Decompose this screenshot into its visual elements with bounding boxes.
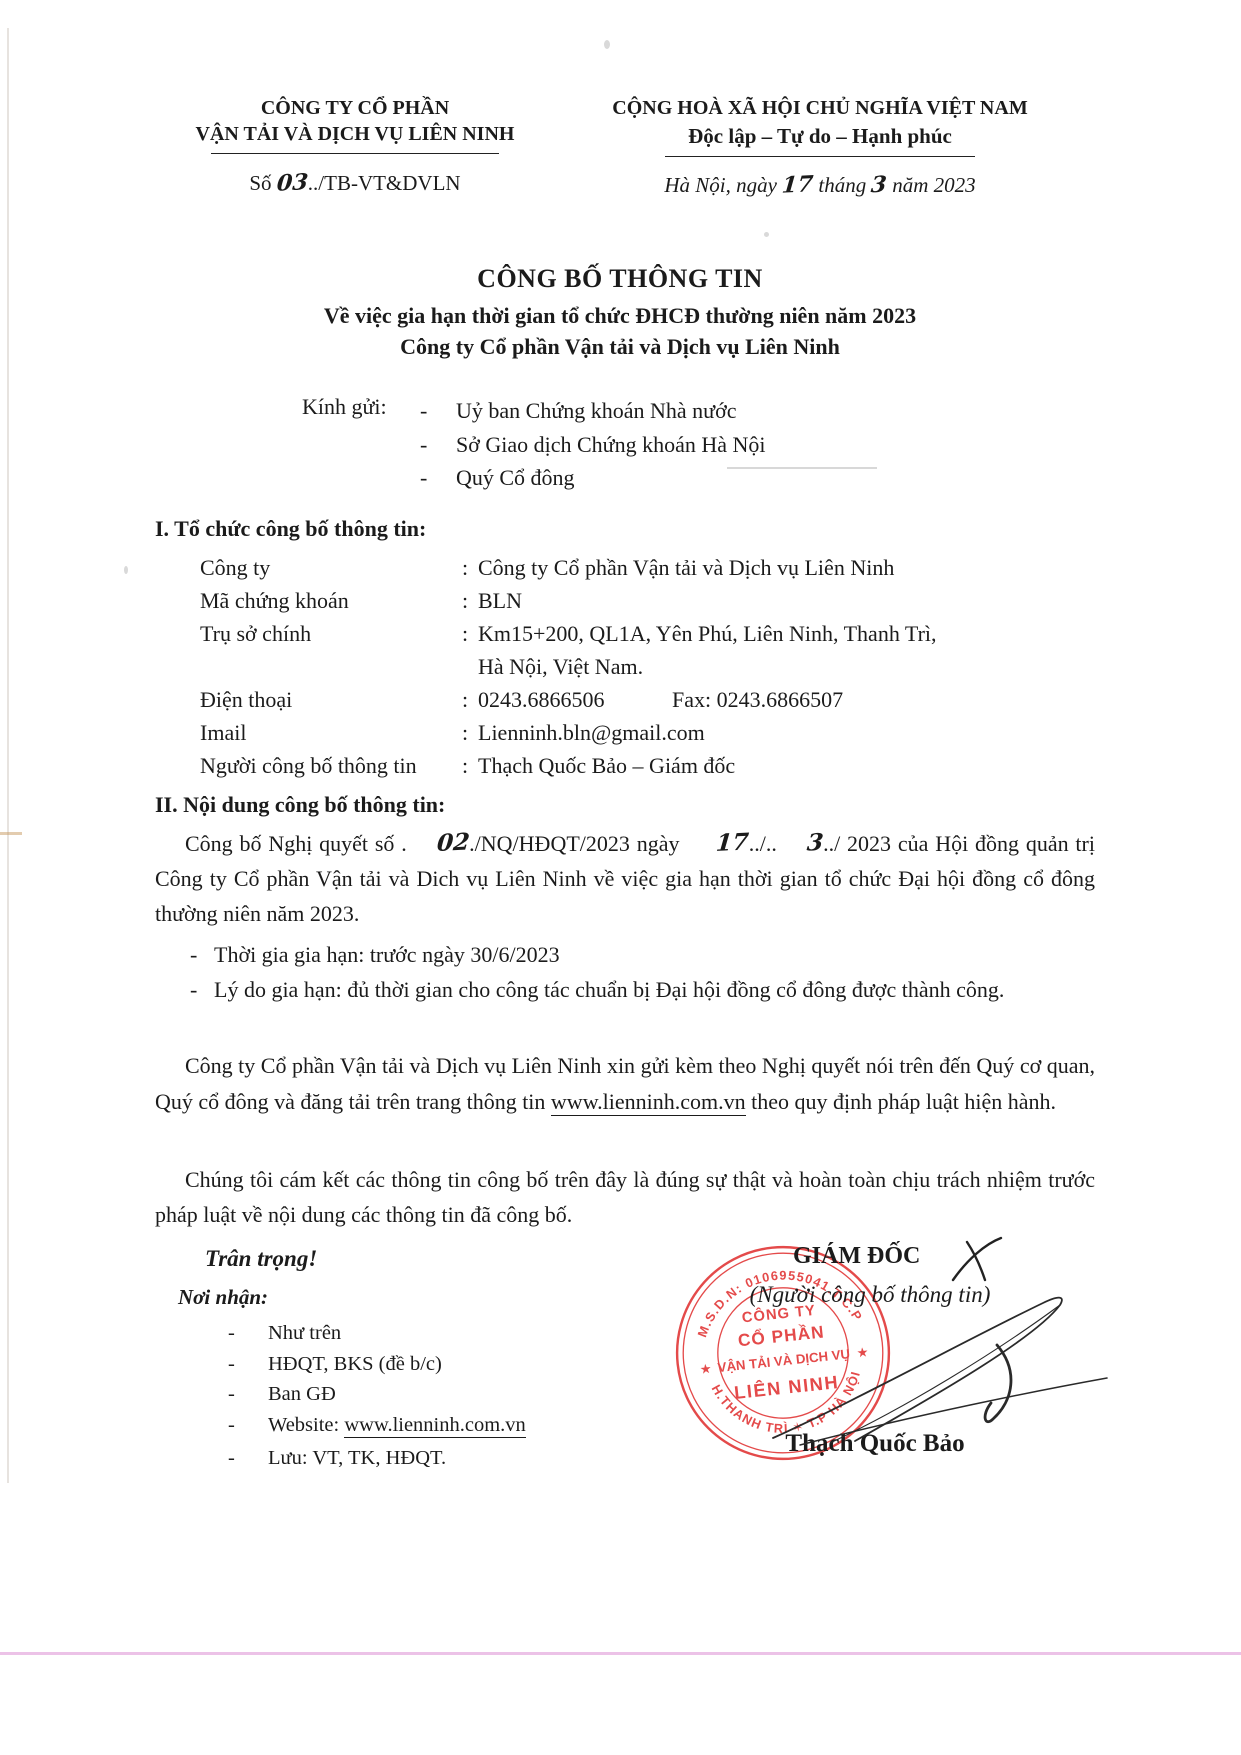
document-subtitle-1: Về việc gia hạn thời gian tổ chức ĐHCĐ t… xyxy=(100,299,1140,332)
website-label: Website: xyxy=(268,1414,344,1436)
info-value: 0243.6866506 Fax: 0243.6866507 xyxy=(478,683,1100,716)
info-row: Điện thoại : 0243.6866506 Fax: 0243.6866… xyxy=(200,683,1100,716)
date-prefix: Hà Nội, ngày xyxy=(664,173,782,197)
section1-heading: I. Tổ chức công bố thông tin: xyxy=(155,516,426,542)
recipient-text: Quý Cổ đông xyxy=(456,461,575,495)
phone-number: 0243.6866506 xyxy=(478,687,605,712)
date-month-handwritten: 3 xyxy=(870,172,888,199)
info-value: Công ty Cổ phần Vận tải và Dịch vụ Liên … xyxy=(478,551,1100,584)
dash-bullet: - xyxy=(190,972,214,1007)
info-row: Công ty : Công ty Cổ phần Vận tải và Dịc… xyxy=(200,551,1100,584)
pen-mark xyxy=(945,1236,1009,1284)
distribution-heading: Nơi nhận: xyxy=(178,1285,268,1310)
distribution-item: - HĐQT, BKS (đề b/c) xyxy=(228,1349,648,1380)
distribution-item: - Lưu: VT, TK, HĐQT. xyxy=(228,1443,648,1474)
recipient-item: - Uỷ ban Chứng khoán Nhà nước xyxy=(420,394,940,428)
dash-bullet: - xyxy=(228,1410,268,1441)
info-colon: : xyxy=(462,617,478,683)
handwritten-signature xyxy=(745,1283,1115,1453)
info-row: Người công bố thông tin : Thạch Quốc Bảo… xyxy=(200,749,1100,782)
distribution-text: HĐQT, BKS (đề b/c) xyxy=(268,1349,442,1380)
dash-bullet: - xyxy=(228,1318,268,1349)
date-mid: tháng xyxy=(813,173,871,197)
resolution-number-handwritten: 02 xyxy=(405,824,471,862)
scan-speck xyxy=(124,566,128,574)
distribution-list: - Như trên - HĐQT, BKS (đề b/c) - Ban GĐ… xyxy=(228,1318,648,1474)
dash-bullet: - xyxy=(420,461,456,495)
distribution-item: - Website: www.lienninh.com.vn xyxy=(228,1410,648,1441)
header-national-block: CỘNG HOÀ XÃ HỘI CHỦ NGHĨA VIỆT NAM Độc l… xyxy=(595,95,1045,198)
signer-role: GIÁM ĐỐC xyxy=(793,1243,920,1270)
info-colon: : xyxy=(462,749,478,782)
dash-bullet: - xyxy=(228,1379,268,1410)
info-label: Mã chứng khoán xyxy=(200,584,462,617)
info-colon: : xyxy=(462,551,478,584)
info-value: Lienninh.bln@gmail.com xyxy=(478,716,1100,749)
date-line: Hà Nội, ngày 17 tháng 3 năm 2023 xyxy=(595,172,1045,198)
distribution-text: Ban GĐ xyxy=(268,1379,336,1410)
scan-speck xyxy=(764,232,769,237)
date-suffix: năm 2023 xyxy=(887,173,976,197)
info-label: Điện thoại xyxy=(200,683,462,716)
address-line2: Hà Nội, Việt Nam. xyxy=(478,654,643,679)
section1-info-table: Công ty : Công ty Cổ phần Vận tải và Dịc… xyxy=(200,551,1100,782)
org-name-line2: VẬN TẢI VÀ DỊCH VỤ LIÊN NINH xyxy=(190,121,520,147)
distribution-item: - Ban GĐ xyxy=(228,1379,648,1410)
p2-text: theo quy định pháp luật hiện hành. xyxy=(746,1089,1056,1114)
scan-speck xyxy=(604,40,610,49)
info-label: Trụ sở chính xyxy=(200,617,462,683)
motto-underline xyxy=(665,156,975,157)
section2-paragraph-2: Công ty Cổ phần Vận tải và Dịch vụ Liên … xyxy=(155,1048,1095,1120)
recipients-label: Kính gửi: xyxy=(302,394,387,420)
section2-paragraph-1: Công bố Nghị quyết số .02./NQ/HĐQT/2023 … xyxy=(155,826,1095,931)
info-label: Người công bố thông tin xyxy=(200,749,462,782)
header-org-block: CÔNG TY CỔ PHẦN VẬN TẢI VÀ DỊCH VỤ LIÊN … xyxy=(190,95,520,196)
info-label: Công ty xyxy=(200,551,462,584)
distribution-text: Như trên xyxy=(268,1318,341,1349)
info-colon: : xyxy=(462,683,478,716)
info-colon: : xyxy=(462,584,478,617)
national-motto-line2: Độc lập – Tự do – Hạnh phúc xyxy=(595,123,1045,150)
info-value: Km15+200, QL1A, Yên Phú, Liên Ninh, Than… xyxy=(478,617,1100,683)
dash-bullet: - xyxy=(420,428,456,462)
bullet-text: Thời gia gia hạn: trước ngày 30/6/2023 xyxy=(214,937,560,972)
dash-bullet: - xyxy=(420,394,456,428)
section2-heading: II. Nội dung công bố thông tin: xyxy=(155,792,445,818)
recipient-item: - Sở Giao dịch Chứng khoán Hà Nội xyxy=(420,428,940,462)
distribution-item: - Như trên xyxy=(228,1318,648,1349)
document-subtitle-2: Công ty Cổ phần Vận tải và Dịch vụ Liên … xyxy=(100,332,1140,362)
recipients-list: - Uỷ ban Chứng khoán Nhà nước - Sở Giao … xyxy=(420,394,940,495)
scan-pink-line xyxy=(0,1652,1241,1655)
p1-text: ../.. xyxy=(749,831,777,856)
bullet-item: - Thời gia gia hạn: trước ngày 30/6/2023 xyxy=(190,937,1095,972)
org-name-line1: CÔNG TY CỔ PHẦN xyxy=(190,95,520,121)
dash-bullet: - xyxy=(228,1349,268,1380)
closing-salute: Trân trọng! xyxy=(205,1246,317,1272)
address-line1: Km15+200, QL1A, Yên Phú, Liên Ninh, Than… xyxy=(478,621,937,646)
stamp-star-left-icon: ★ xyxy=(699,1361,712,1377)
doc-number-handwritten: 03 xyxy=(276,169,309,197)
doc-number-suffix: ../TB-VT&DVLN xyxy=(308,171,461,195)
document-title: CÔNG BỐ THÔNG TIN xyxy=(100,263,1140,295)
national-motto-line1: CỘNG HOÀ XÃ HỘI CHỦ NGHĨA VIỆT NAM xyxy=(595,95,1045,121)
fax-number: Fax: 0243.6866507 xyxy=(672,687,843,712)
p1-text: Công bố Nghị quyết số . xyxy=(185,831,407,856)
info-value: Thạch Quốc Bảo – Giám đốc xyxy=(478,749,1100,782)
doc-number: Số 03../TB-VT&DVLN xyxy=(190,170,520,196)
distribution-text: Website: www.lienninh.com.vn xyxy=(268,1410,526,1441)
info-colon: : xyxy=(462,716,478,749)
bullet-text: Lý do gia hạn: đủ thời gian cho công tác… xyxy=(214,972,1004,1007)
website-link[interactable]: www.lienninh.com.vn xyxy=(344,1414,525,1438)
info-label: Imail xyxy=(200,716,462,749)
dash-bullet: - xyxy=(228,1443,268,1474)
doc-number-prefix: Số xyxy=(249,171,276,195)
month-handwritten: 3 xyxy=(775,825,825,862)
info-row: Imail : Lienninh.bln@gmail.com xyxy=(200,716,1100,749)
scanned-document-page: CÔNG TY CỔ PHẦN VẬN TẢI VÀ DỊCH VỤ LIÊN … xyxy=(0,0,1241,1755)
dash-bullet: - xyxy=(190,937,214,972)
website-link[interactable]: www.lienninh.com.vn xyxy=(551,1089,746,1116)
day-handwritten: 17 xyxy=(685,824,751,862)
bullet-item: - Lý do gia hạn: đủ thời gian cho công t… xyxy=(190,972,1095,1007)
recipient-text: Sở Giao dịch Chứng khoán Hà Nội xyxy=(456,428,766,462)
date-day-handwritten: 17 xyxy=(781,171,814,199)
section2-paragraph-3: Chúng tôi cám kết các thông tin công bố … xyxy=(155,1162,1095,1232)
title-block: CÔNG BỐ THÔNG TIN Về việc gia hạn thời g… xyxy=(100,263,1140,362)
info-value: BLN xyxy=(478,584,1100,617)
p1-text: ./NQ/HĐQT/2023 ngày xyxy=(469,831,686,856)
recipient-item: - Quý Cổ đông xyxy=(420,461,940,495)
scan-tick xyxy=(0,832,22,835)
section2-bullet-list: - Thời gia gia hạn: trước ngày 30/6/2023… xyxy=(190,937,1095,1007)
scan-left-edge-line xyxy=(7,28,9,1483)
info-row: Trụ sở chính : Km15+200, QL1A, Yên Phú, … xyxy=(200,617,1100,683)
info-row: Mã chứng khoán : BLN xyxy=(200,584,1100,617)
recipient-text: Uỷ ban Chứng khoán Nhà nước xyxy=(456,394,737,428)
distribution-text: Lưu: VT, TK, HĐQT. xyxy=(268,1443,446,1474)
org-underline xyxy=(211,153,499,154)
